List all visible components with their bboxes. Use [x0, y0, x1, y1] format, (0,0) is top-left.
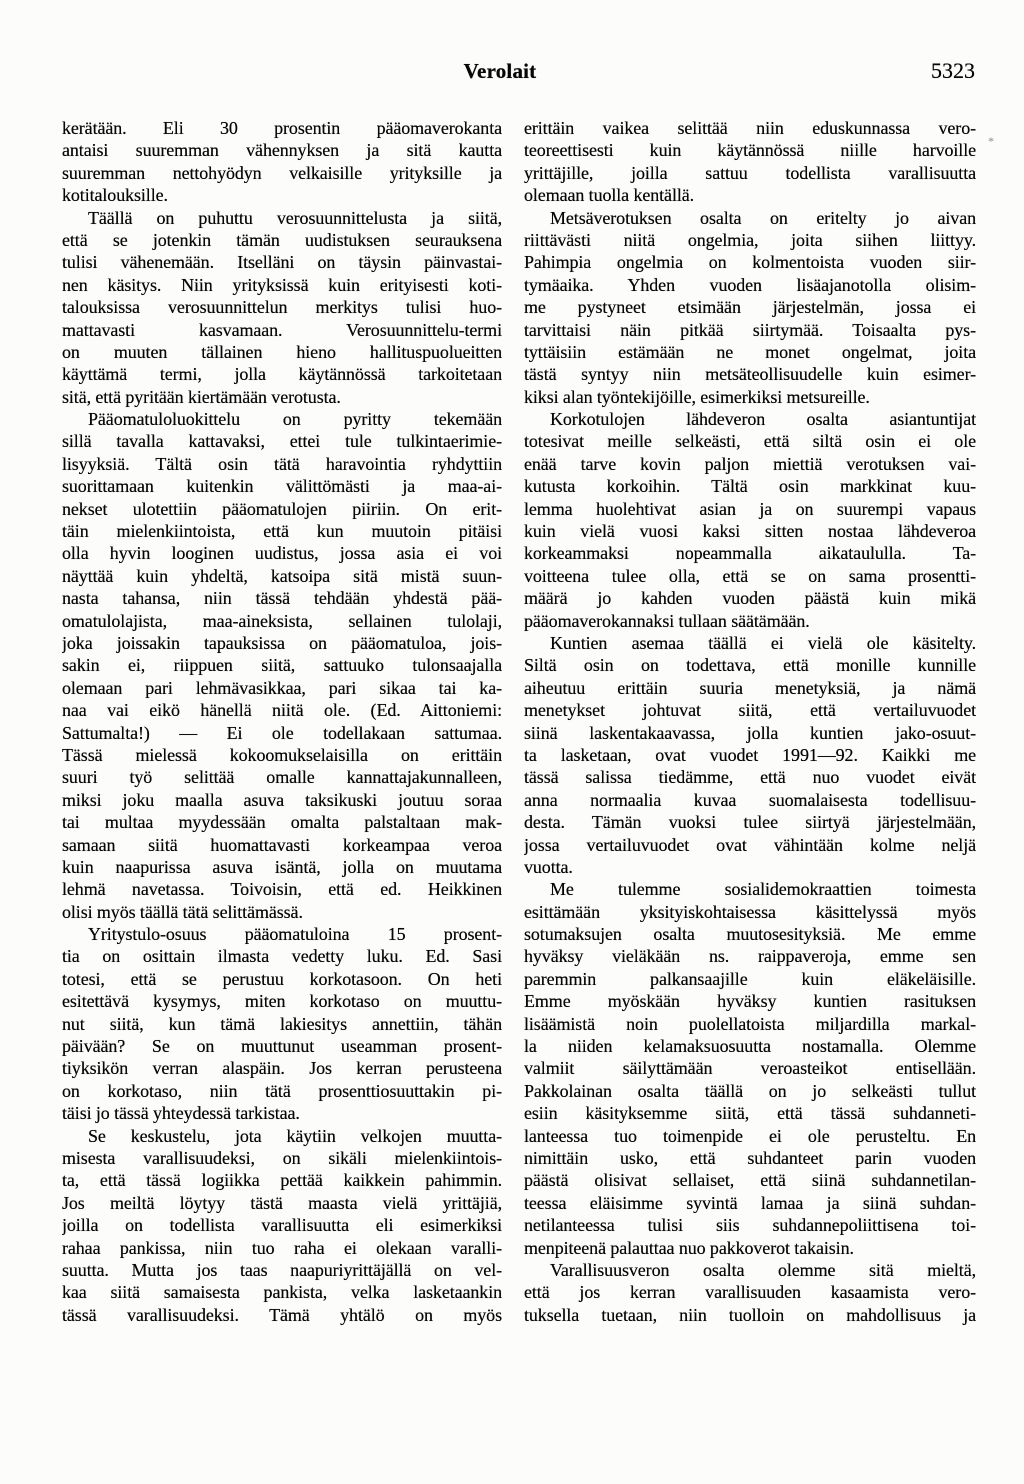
text-line: jossa vertailuvuodet ovat vähintään kolm… [524, 834, 976, 856]
text-line: kiksi alan työntekijöille, esimerkiksi m… [524, 386, 976, 408]
page-number: 5323 [931, 58, 975, 84]
text-line: kaa siitä samaisesta pankista, velka las… [62, 1281, 502, 1303]
paragraph: Kuntien asemaa täällä ei vielä ole käsit… [524, 632, 976, 878]
paragraph: Metsäverotuksen osalta on eritelty jo ai… [524, 207, 976, 409]
text-columns: kerätään. Eli 30 prosentin pääomaverokan… [62, 117, 976, 1326]
text-line: yrittäjille, joilla sattuu todellista va… [524, 162, 976, 184]
text-line: totesi, että se perustuu korkotasoon. On… [62, 968, 502, 990]
text-line: Yritystulo-osuus pääomatuloina 15 prosen… [62, 923, 502, 945]
text-line: on muuten tällainen hieno hallituspuolue… [62, 341, 502, 363]
text-line: totesivat meille selkeästi, että siltä o… [524, 430, 976, 452]
paragraph: Se keskustelu, jota käytiin velkojen muu… [62, 1125, 502, 1327]
document-page: Verolait 5323 * kerätään. Eli 30 prosent… [0, 0, 1024, 1484]
text-line: esitettävä kysymys, miten korkotaso on m… [62, 990, 502, 1012]
text-line: pääomaverokannaksi tullaan säätämään. [524, 610, 976, 632]
text-line: voitteena tulee olla, että se on sama pr… [524, 565, 976, 587]
text-line: olemaan tuolla kentällä. [524, 184, 976, 206]
text-line: Metsäverotuksen osalta on eritelty jo ai… [524, 207, 976, 229]
text-line: esiin käsityksemme siitä, että tässä suh… [524, 1102, 976, 1124]
text-line: olisi myös täällä tätä selittämässä. [62, 901, 502, 923]
column-right: erittäin vaikea selittää niin eduskunnas… [524, 117, 976, 1326]
paragraph: Pääomatuloluokittelu on pyritty tekemään… [62, 408, 502, 923]
text-line: päivään? Se on muuttunut useamman prosen… [62, 1035, 502, 1057]
text-line: samaan siitä huomattavasti korkeampaa ve… [62, 834, 502, 856]
text-line: tulisi vähenemään. Itselläni on täysin p… [62, 251, 502, 273]
text-line: teoreettisesti kuin käytännössä niille h… [524, 139, 976, 161]
text-line: siinä laskentakaavassa, jolla kuntien ja… [524, 722, 976, 744]
text-line: Pahimpia ongelmia on kolmentoista vuoden… [524, 251, 976, 273]
paragraph: Täällä on puhuttu verosuunnittelusta ja … [62, 207, 502, 409]
text-line: lanteessa tuo toimenpide ei ole perustel… [524, 1125, 976, 1147]
text-line: menpiteenä palauttaa nuo pakkoverot taka… [524, 1237, 976, 1259]
text-line: suuremman nettohyödyn velkaisille yrityk… [62, 162, 502, 184]
text-line: tiyksikön verran alaspäin. Jos kerran pe… [62, 1057, 502, 1079]
text-line: täisi jo tässä yhteydessä tarkistaa. [62, 1102, 502, 1124]
text-line: riittävästi niitä ongelmia, joita siihen… [524, 229, 976, 251]
text-line: Pakkolainan osalta täällä on jo selkeäst… [524, 1080, 976, 1102]
text-line: kerätään. Eli 30 prosentin pääomaverokan… [62, 117, 502, 139]
text-line: talouksissa verosuunnittelun merkitys tu… [62, 296, 502, 318]
text-line: suuri työ selittää omalle kannattajakunn… [62, 766, 502, 788]
paragraph: Yritystulo-osuus pääomatuloina 15 prosen… [62, 923, 502, 1125]
column-left: kerätään. Eli 30 prosentin pääomaverokan… [62, 117, 502, 1326]
page-title: Verolait [62, 59, 938, 84]
text-line: omatulolajista, maa-aineksista, sellaine… [62, 610, 502, 632]
text-line: sillä tavalla kattavaksi, ettei tule tul… [62, 430, 502, 452]
text-line: menetykset johtuvat siitä, että vertailu… [524, 699, 976, 721]
text-line: Emme myöskään hyväksy kuntien rasituksen [524, 990, 976, 1012]
text-line: Varallisuusveron osalta olemme sitä miel… [524, 1259, 976, 1281]
text-line: Sattumalta!) — Ei ole todellakaan sattum… [62, 722, 502, 744]
text-line: nimittäin usko, että suhdanteet parin vu… [524, 1147, 976, 1169]
text-line: enää tarve kovin paljon miettiä verotuks… [524, 453, 976, 475]
text-line: joilla on todellista varallisuutta eli e… [62, 1214, 502, 1236]
text-line: lehmä navetassa. Toivoisin, että ed. Hei… [62, 878, 502, 900]
text-line: Jos meiltä löytyy tästä maasta vielä yri… [62, 1192, 502, 1214]
text-line: paremmin palkansaajille kuin eläkeläisil… [524, 968, 976, 990]
text-line: nekset ulotettiin pääomatulojen piiriin.… [62, 498, 502, 520]
text-line: olla hyvin looginen uudistus, jossa asia… [62, 542, 502, 564]
text-line: ta, että tässä logiikka pettää kaikkein … [62, 1169, 502, 1191]
text-line: aiheutuu erittäin suuria menetyksiä, ja … [524, 677, 976, 699]
text-line: esittämään yksityiskohtaisessa käsittely… [524, 901, 976, 923]
text-line: on korkotaso, niin tätä prosenttiosuutta… [62, 1080, 502, 1102]
text-line: tai multaa myydessään omalta palstaltaan… [62, 811, 502, 833]
text-line: käyttämä termi, jolla käytännössä tarkoi… [62, 363, 502, 385]
text-line: anna normaalia kuvaa suomalaisesta todel… [524, 789, 976, 811]
text-line: tymäaika. Yhden vuoden lisäajanotolla ol… [524, 274, 976, 296]
text-line: tyttäisiin estämään ne monet ongelmat, j… [524, 341, 976, 363]
text-line: teessa eläisimme syvintä lamaa ja siinä … [524, 1192, 976, 1214]
paragraph: kerätään. Eli 30 prosentin pääomaverokan… [62, 117, 502, 207]
text-line: että se jotenkin tämän uudistuksen seura… [62, 229, 502, 251]
text-line: tia on osittain ilmasta vedetty luku. Ed… [62, 945, 502, 967]
text-line: hyväksy vieläkään ns. raippaveroja, emme… [524, 945, 976, 967]
text-line: ta lasketaan, ovat vuodet 1991—92. Kaikk… [524, 744, 976, 766]
text-line: Täällä on puhuttu verosuunnittelusta ja … [62, 207, 502, 229]
text-line: tässä varallisuudeksi. Tämä yhtälö on my… [62, 1304, 502, 1326]
text-line: me pystyneet etsimään järjestelmän, joss… [524, 296, 976, 318]
text-line: antaisi suuremman vähennyksen ja sitä ka… [62, 139, 502, 161]
text-line: lisyyksiä. Tältä osin tätä haravointia r… [62, 453, 502, 475]
text-line: tässä salissa tiedämme, että nuo vuodet … [524, 766, 976, 788]
text-line: kotitalouksille. [62, 184, 502, 206]
text-line: että jos kerran varallisuuden kasaamista… [524, 1281, 976, 1303]
text-line: Pääomatuloluokittelu on pyritty tekemään [62, 408, 502, 430]
text-line: kutusta korkoihin. Tältä osin markkinat … [524, 475, 976, 497]
text-line: nasta tahansa, niin tässä tehdään yhdest… [62, 587, 502, 609]
text-line: Kuntien asemaa täällä ei vielä ole käsit… [524, 632, 976, 654]
text-line: täin mielenkiintoista, että kun muutoin … [62, 520, 502, 542]
scan-artifact: * [988, 134, 994, 149]
text-line: tuksella tuetaan, niin tuolloin on mahdo… [524, 1304, 976, 1326]
text-line: nen käsitys. Niin yrityksissä kuin erity… [62, 274, 502, 296]
text-line: Siltä osin on todettava, että monille ku… [524, 654, 976, 676]
text-line: la niiden kelamaksuosuutta nostamalla. O… [524, 1035, 976, 1057]
text-line: Tässä mielessä kokoomukselaisilla on eri… [62, 744, 502, 766]
text-line: rahaa pankissa, niin tuo raha ei olekaan… [62, 1237, 502, 1259]
text-line: sitä, että pyritään kiertämään verotusta… [62, 386, 502, 408]
text-line: näyttää kuin yhdeltä, katsoipa sitä mist… [62, 565, 502, 587]
text-line: sotumaksujen osalta muutosesityksiä. Me … [524, 923, 976, 945]
text-line: joka joissakin tapauksissa on pääomatulo… [62, 632, 502, 654]
text-line: desta. Tämän vuoksi tulee siirtyä järjes… [524, 811, 976, 833]
text-line: suorittamaan kuitenkin välittömästi ja m… [62, 475, 502, 497]
paragraph: Me tulemme sosialidemokraattien toimesta… [524, 878, 976, 1259]
text-line: Se keskustelu, jota käytiin velkojen muu… [62, 1125, 502, 1147]
text-line: valmiit säilyttämään veroasteikot entise… [524, 1057, 976, 1079]
text-line: korkeammaksi nopeammalla aikataululla. T… [524, 542, 976, 564]
text-line: erittäin vaikea selittää niin eduskunnas… [524, 117, 976, 139]
text-line: mattavasti kasvamaan. Verosuunnittelu-te… [62, 319, 502, 341]
text-line: Korkotulojen lähdeveron osalta asiantunt… [524, 408, 976, 430]
text-line: Me tulemme sosialidemokraattien toimesta [524, 878, 976, 900]
text-line: tarvittaisi näin pitkää siirtymää. Toisa… [524, 319, 976, 341]
text-line: lisäämistä noin puolellatoista miljardil… [524, 1013, 976, 1035]
text-line: naa vai eikö hänellä niitä ole. (Ed. Ait… [62, 699, 502, 721]
text-line: päästä olisivat sellaiset, että siinä su… [524, 1169, 976, 1191]
text-line: sakin ei, riippuen siitä, sattuuko tulon… [62, 654, 502, 676]
text-line: suutta. Mutta jos taas naapuriyrittäjäll… [62, 1259, 502, 1281]
text-line: kuin vielä vuosi kaksi sitten nostaa läh… [524, 520, 976, 542]
paragraph: erittäin vaikea selittää niin eduskunnas… [524, 117, 976, 207]
text-line: olemaan pari lehmävasikkaa, pari sikaa t… [62, 677, 502, 699]
text-line: lemma huolehtivat asian ja on suurempi v… [524, 498, 976, 520]
text-line: tästä syntyy niin metsäteollisuudelle ku… [524, 363, 976, 385]
text-line: vuotta. [524, 856, 976, 878]
text-line: määrä jo kahden vuoden päästä kuin mikä [524, 587, 976, 609]
text-line: misesta varallisuudeksi, on sikäli miele… [62, 1147, 502, 1169]
text-line: miksi joku maalla asuva taksikuski joutu… [62, 789, 502, 811]
paragraph: Varallisuusveron osalta olemme sitä miel… [524, 1259, 976, 1326]
text-line: kuin naapurissa asuva isäntä, jolla on m… [62, 856, 502, 878]
paragraph: Korkotulojen lähdeveron osalta asiantunt… [524, 408, 976, 632]
text-line: nut siitä, kun tämä lakiesitys annettiin… [62, 1013, 502, 1035]
text-line: netilanteessa tulisi siis suhdannepoliit… [524, 1214, 976, 1236]
